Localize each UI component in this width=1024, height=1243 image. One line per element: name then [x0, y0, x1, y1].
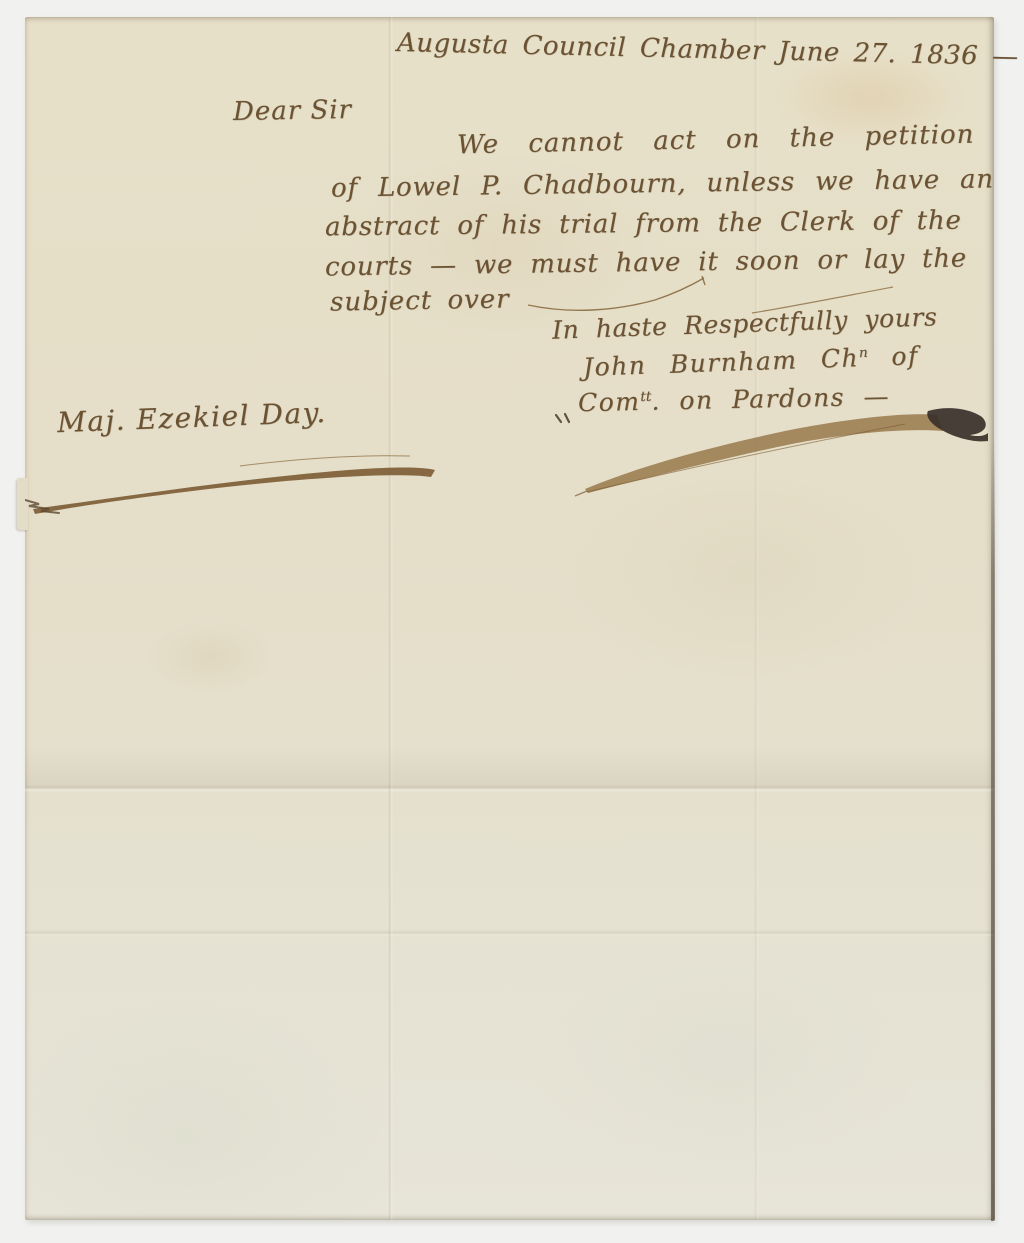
- body-line: courts — we must have it soon or lay the: [325, 244, 967, 283]
- pen-swash-tick-icon: [702, 276, 705, 285]
- scan-canvas: { "letter": { "dateline": "Augusta Counc…: [0, 0, 1024, 1243]
- closing-line: In haste Respectfully yours: [552, 302, 938, 344]
- left-flourish-icon: [33, 468, 435, 514]
- signature-name-tail: of: [867, 341, 919, 372]
- salutation: Dear Sir: [233, 95, 352, 127]
- signature-name: John Burnham Chn of: [583, 341, 920, 382]
- left-flourish-hairline-icon: [240, 456, 410, 466]
- body-line: abstract of his trial from the Clerk of …: [325, 206, 962, 243]
- fold-line-horizontal-2: [25, 930, 994, 937]
- signature-committee-text: Com: [578, 387, 641, 417]
- pen-swash-icon: [528, 278, 704, 310]
- signature-name-text: John Burnham Ch: [583, 343, 860, 382]
- paper-edge-tab: [17, 478, 28, 530]
- ink-smear-hook-icon: [575, 491, 587, 496]
- ink-marks-icon: [556, 414, 569, 422]
- ink-blob-icon: [927, 408, 988, 441]
- crease-shading: [25, 745, 994, 787]
- signature-committee-tail: . on Pardons —: [651, 382, 890, 416]
- ink-smear-hairline-icon: [587, 424, 905, 492]
- body-line: subject over: [330, 284, 510, 317]
- left-flourish-squiggle-icon: [25, 500, 59, 513]
- ink-smear-icon: [585, 414, 943, 493]
- letter-page: Augusta Council Chamber June 27. 1836 — …: [25, 17, 994, 1220]
- signature-committee: Comtt. on Pardons —: [578, 382, 890, 418]
- body-line: We cannot act on the petition: [457, 120, 975, 161]
- dateline: Augusta Council Chamber June 27. 1836 —: [397, 28, 1019, 72]
- fold-line-horizontal-1: [25, 785, 994, 792]
- body-line: of Lowel P. Chadbourn, unless we have an: [331, 164, 994, 203]
- addressee-line: Maj. Ezekiel Day.: [56, 396, 327, 439]
